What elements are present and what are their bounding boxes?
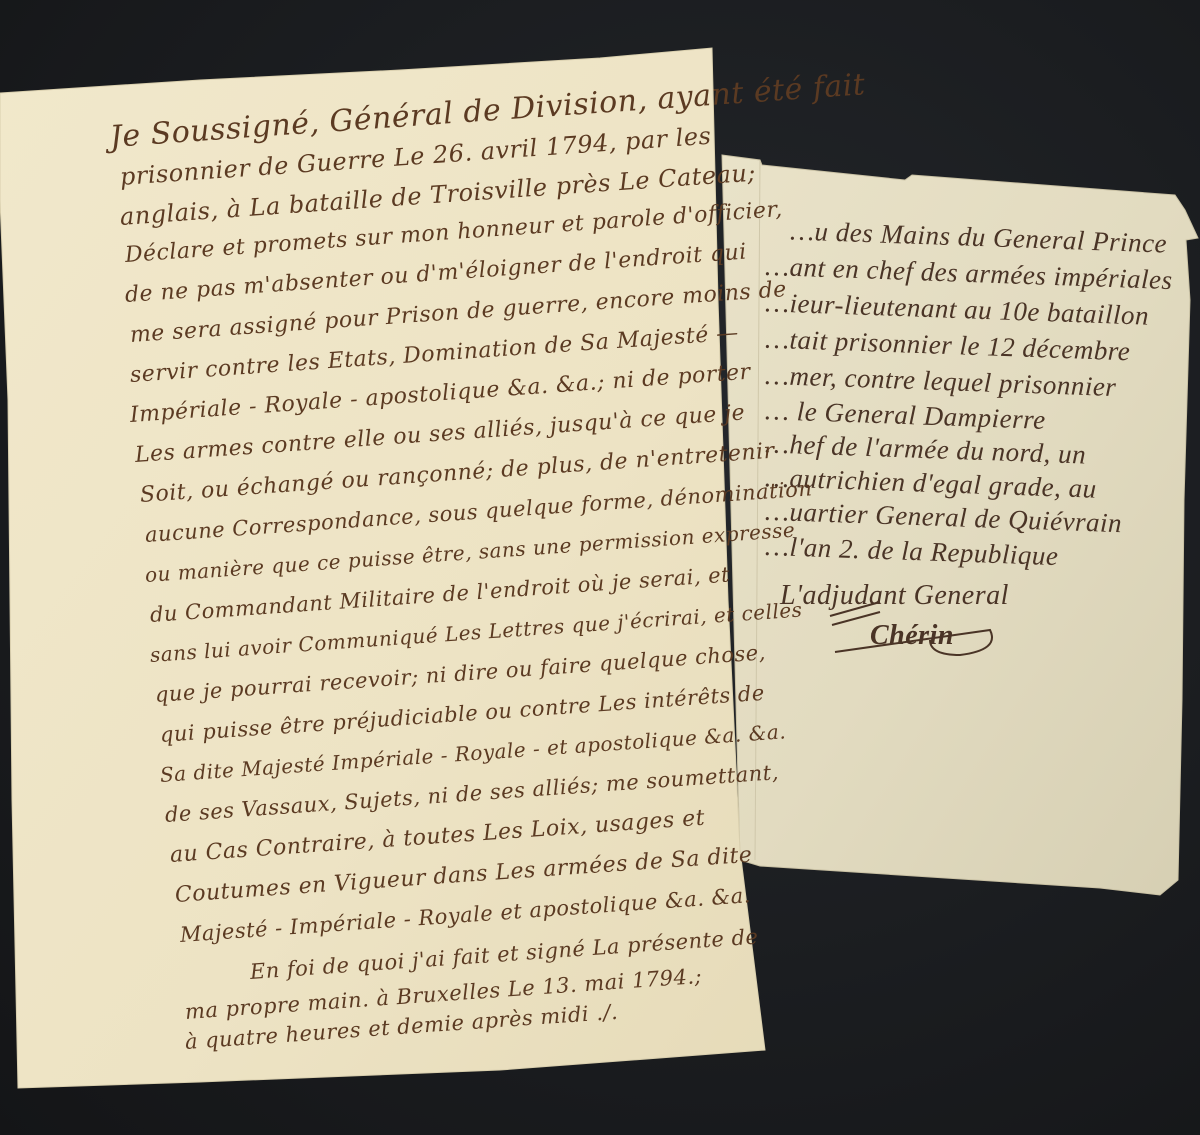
letter-1-sheet: Je Soussigné, Général de Division, ayant…	[0, 0, 1200, 1135]
